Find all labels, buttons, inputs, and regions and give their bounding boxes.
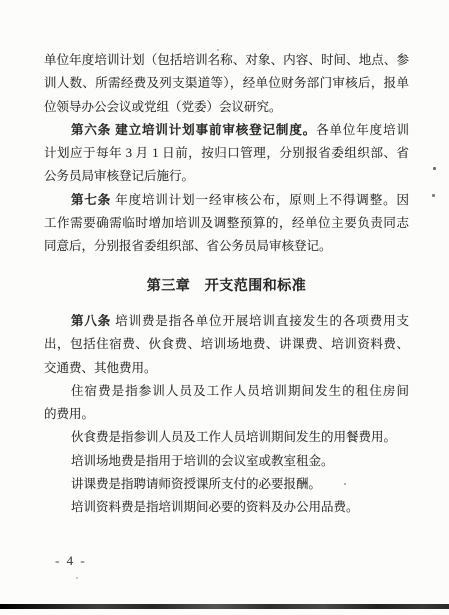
text-run: 讲课费是指聘请师资授课所支付的必要报酬。	[71, 477, 321, 491]
text-run: 培训场地费是指用于培训的会议室或教室租金。	[71, 454, 334, 468]
text-line: 培训场地费是指用于培训的会议室或教室租金。	[44, 450, 409, 473]
text-line: 位领导办公会议或党组（党委）会议研究。	[44, 96, 409, 119]
document-body: 单位年度培训计划（包括培训名称、对象、内容、时间、地点、参 训人数、所需经费及列…	[44, 49, 409, 520]
text-line: 公务员局审核登记后施行。	[44, 165, 409, 188]
text-line: 工作需要确需临时增加培训及调整预算的，经单位主要负责同志	[44, 212, 409, 235]
text-line: 计划应于每年 3 月 1 日前，按归口管理，分别报省委组织部、省	[44, 142, 409, 165]
text-run: 交通费、其他费用。	[44, 361, 157, 375]
text-run: 年度培训计划一经审核公布，原则上不得调整。因	[111, 193, 409, 207]
text-line: 住宿费是指参训人员及工作人员培训期间发生的租住房间	[44, 380, 409, 403]
text-run: 伙食费是指参训人员及工作人员培训期间发生的用餐费用。	[71, 430, 396, 444]
text-run: 计划应于每年 3 月 1 日前，按归口管理，分别报省委组织部、省	[44, 146, 409, 160]
text-line: 出，包括住宿费、伙食费、培训场地费、讲课费、培训资料费、	[44, 333, 409, 356]
text-run: 培训资料费是指培训期间必要的资料及办公用品费。	[71, 500, 359, 514]
text-run: 培训费是指各单位开展培训直接发生的各项费用支	[111, 314, 409, 328]
scan-speck	[433, 167, 436, 170]
text-run: 公务员局审核登记后施行。	[44, 169, 194, 183]
article-number-bold: 第七条	[71, 193, 111, 207]
text-line: 交通费、其他费用。	[44, 357, 409, 380]
text-run: 的费用。	[44, 407, 94, 421]
text-run: 住宿费是指参训人员及工作人员培训期间发生的租住房间	[71, 384, 409, 398]
text-line: 同意后，分别报省委组织部、省公务员局审核登记。	[44, 235, 409, 258]
text-run: 出，包括住宿费、伙食费、培训场地费、讲课费、培训资料费、	[44, 337, 409, 351]
text-run: 各单位年度培训	[316, 123, 409, 137]
text-line: 伙食费是指参训人员及工作人员培训期间发生的用餐费用。	[44, 426, 409, 449]
scan-speck	[432, 194, 435, 197]
text-run: 训人数、所需经费及列支渠道等），经单位财务部门审核后，报单	[44, 76, 409, 90]
chapter-heading: 第三章 开支范围和标准	[44, 275, 409, 298]
article-number-bold: 第六条 建立培训计划事前审核登记制度。	[71, 123, 316, 137]
text-line: 训人数、所需经费及列支渠道等），经单位财务部门审核后，报单	[44, 72, 409, 95]
page-number: - 4 -	[55, 553, 87, 569]
scan-speck	[217, 49, 219, 51]
scanned-document-page: 单位年度培训计划（包括培训名称、对象、内容、时间、地点、参 训人数、所需经费及列…	[0, 0, 449, 615]
text-line-article-7: 第七条 年度培训计划一经审核公布，原则上不得调整。因	[44, 189, 409, 212]
text-line: 的费用。	[44, 403, 409, 426]
scan-speck	[76, 577, 78, 579]
text-line-article-8: 第八条 培训费是指各单位开展培训直接发生的各项费用支	[44, 310, 409, 333]
text-line-article-6: 第六条 建立培训计划事前审核登记制度。各单位年度培训	[44, 119, 409, 142]
text-run: 同意后，分别报省委组织部、省公务员局审核登记。	[44, 239, 332, 253]
scan-edge-band	[0, 604, 449, 609]
text-line: 单位年度培训计划（包括培训名称、对象、内容、时间、地点、参	[44, 49, 409, 72]
text-line: 讲课费是指聘请师资授课所支付的必要报酬。	[44, 473, 409, 496]
article-number-bold: 第八条	[71, 314, 111, 328]
text-line: 培训资料费是指培训期间必要的资料及办公用品费。	[44, 496, 409, 519]
text-run: 工作需要确需临时增加培训及调整预算的，经单位主要负责同志	[44, 216, 409, 230]
text-run: 位领导办公会议或党组（党委）会议研究。	[44, 100, 282, 114]
text-run: 单位年度培训计划（包括培训名称、对象、内容、时间、地点、参	[44, 53, 409, 67]
scan-speck	[344, 483, 346, 485]
